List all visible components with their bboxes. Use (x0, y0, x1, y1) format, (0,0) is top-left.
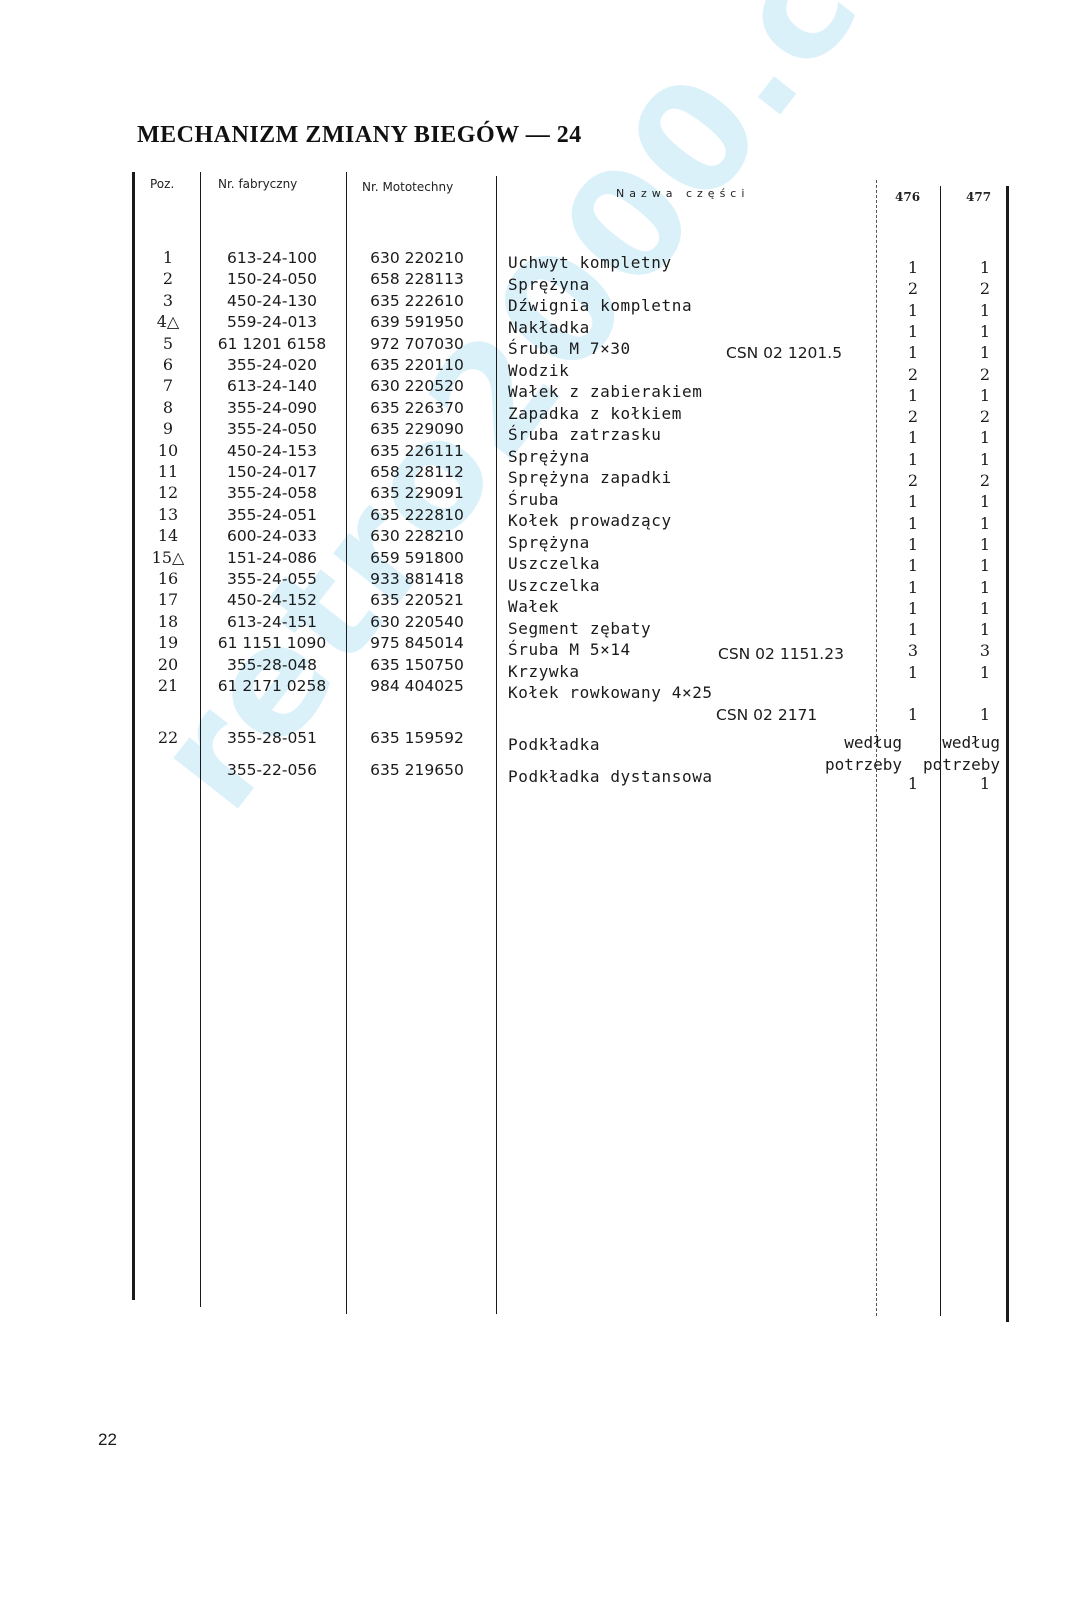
mototechna-number: 635 150750 (362, 655, 472, 675)
standard-number: CSN 02 1151.23 (718, 644, 844, 664)
position-number: 3 (148, 291, 188, 311)
part-name: Śruba M 7×30 (508, 339, 631, 359)
position-number: 19 (148, 633, 188, 653)
position-number: 12 (148, 483, 188, 503)
quantity-476: 1 (898, 492, 928, 512)
mototechna-number: 635 222610 (362, 291, 472, 311)
part-name: Uszczelka (508, 576, 600, 596)
mototechna-number: 659 591800 (362, 548, 472, 568)
position-number: 13 (148, 505, 188, 525)
part-name: Dźwignia kompletna (508, 296, 692, 316)
position-number: 16 (148, 569, 188, 589)
position-number: 20 (148, 655, 188, 675)
quantity-476: 1 (898, 599, 928, 619)
part-name: Śruba zatrzasku (508, 425, 662, 445)
quantity-477: 2 (970, 471, 1000, 491)
quantity-477: 1 (970, 774, 1000, 794)
position-number: 5 (148, 334, 188, 354)
factory-number: 355-22-056 (212, 760, 332, 780)
factory-number: 151-24-086 (212, 548, 332, 568)
mototechna-number: 635 220521 (362, 590, 472, 610)
quantity-476: 2 (898, 471, 928, 491)
mototechna-number: 635 159592 (362, 728, 472, 748)
mototechna-number: 630 220210 (362, 248, 472, 268)
mototechna-number: 639 591950 (362, 312, 472, 332)
position-number: 21 (148, 676, 188, 696)
factory-number: 355-24-020 (212, 355, 332, 375)
quantity-477: 1 (970, 705, 1000, 725)
mototechna-number: 630 220520 (362, 376, 472, 396)
part-name: Sprężyna (508, 533, 590, 553)
position-number: 2 (148, 269, 188, 289)
quantity-476: 1 (898, 578, 928, 598)
part-name: Nakładka (508, 318, 590, 338)
standard-number: CSN 02 2171 (716, 705, 817, 725)
header-poz: Poz. (150, 177, 174, 191)
quantity-477: 2 (970, 279, 1000, 299)
mototechna-number: 972 707030 (362, 334, 472, 354)
position-number: 1 (148, 248, 188, 268)
quantity-477: 1 (970, 578, 1000, 598)
position-number: 14 (148, 526, 188, 546)
part-name: Uszczelka (508, 554, 600, 574)
part-name: Sprężyna (508, 275, 590, 295)
factory-number: 559-24-013 (212, 312, 332, 332)
header-nr-mototechny: Nr. Mototechny (362, 180, 453, 194)
quantity-476: 1 (898, 386, 928, 406)
factory-number: 355-24-051 (212, 505, 332, 525)
quantity-476: 1 (898, 556, 928, 576)
table-left-border (132, 172, 135, 1300)
factory-number: 61 1151 1090 (212, 633, 332, 653)
part-name: Podkładka (508, 735, 600, 755)
factory-number: 355-24-055 (212, 569, 332, 589)
mototechna-number: 635 226111 (362, 441, 472, 461)
quantity-477: 1 (970, 258, 1000, 278)
quantity-476: 3 (898, 641, 928, 661)
quantity-477: 1 (970, 514, 1000, 534)
mototechna-number: 635 222810 (362, 505, 472, 525)
factory-number: 450-24-130 (212, 291, 332, 311)
header-nr-fabryczny: Nr. fabryczny (218, 177, 297, 191)
quantity-477: 1 (970, 343, 1000, 363)
column-divider (496, 176, 497, 1314)
factory-number: 613-24-100 (212, 248, 332, 268)
quantity-476: 1 (898, 535, 928, 555)
part-name: Podkładka dystansowa (508, 767, 713, 787)
part-name: Wałek z zabierakiem (508, 382, 702, 402)
part-name: Kołek prowadzący (508, 511, 672, 531)
position-number: 8 (148, 398, 188, 418)
quantity-476: 1 (898, 663, 928, 683)
part-name: Zapadka z kołkiem (508, 404, 682, 424)
factory-number: 613-24-151 (212, 612, 332, 632)
page-title: MECHANIZM ZMIANY BIEGÓW — 24 (137, 122, 582, 149)
factory-number: 150-24-017 (212, 462, 332, 482)
factory-number: 355-28-048 (212, 655, 332, 675)
column-divider (346, 172, 347, 1314)
quantity-476: 1 (898, 301, 928, 321)
quantity-476: 1 (898, 258, 928, 278)
mototechna-number: 635 220110 (362, 355, 472, 375)
quantity-477: 1 (970, 663, 1000, 683)
factory-number: 613-24-140 (212, 376, 332, 396)
quantity-476: 1 (898, 620, 928, 640)
quantity-477: 1 (970, 599, 1000, 619)
factory-number: 450-24-153 (212, 441, 332, 461)
factory-number: 355-24-058 (212, 483, 332, 503)
factory-number: 355-24-090 (212, 398, 332, 418)
quantity-477: 2 (970, 365, 1000, 385)
column-divider (200, 172, 201, 1307)
part-name: Śruba (508, 490, 559, 510)
mototechna-number: 635 226370 (362, 398, 472, 418)
quantity-476: 1 (898, 514, 928, 534)
quantity-477: 1 (970, 301, 1000, 321)
position-number: 15△ (148, 548, 188, 568)
quantity-477: 1 (970, 556, 1000, 576)
quantity-477: według potrzeby (880, 732, 1000, 776)
quantity-476: 1 (898, 774, 928, 794)
factory-number: 600-24-033 (212, 526, 332, 546)
quantity-477: 1 (970, 450, 1000, 470)
quantity-476: 2 (898, 365, 928, 385)
factory-number: 61 1201 6158 (212, 334, 332, 354)
quantity-477: 1 (970, 386, 1000, 406)
factory-number: 355-28-051 (212, 728, 332, 748)
quantity-476: 1 (898, 343, 928, 363)
quantity-476: 1 (898, 428, 928, 448)
part-name: Segment zębaty (508, 619, 651, 639)
mototechna-number: 658 228113 (362, 269, 472, 289)
position-number: 4△ (148, 312, 188, 332)
quantity-476: 1 (898, 705, 928, 725)
quantity-477: 1 (970, 620, 1000, 640)
standard-number: CSN 02 1201.5 (726, 343, 842, 363)
position-number: 17 (148, 590, 188, 610)
position-number: 7 (148, 376, 188, 396)
position-number: 18 (148, 612, 188, 632)
position-number: 9 (148, 419, 188, 439)
quantity-476: 1 (898, 450, 928, 470)
mototechna-number: 635 219650 (362, 760, 472, 780)
mototechna-number: 630 228210 (362, 526, 472, 546)
quantity-476: 2 (898, 279, 928, 299)
factory-number: 150-24-050 (212, 269, 332, 289)
mototechna-number: 635 229090 (362, 419, 472, 439)
header-model-476: 476 (895, 190, 920, 204)
header-nazwa-czesci: Nazwa części (616, 187, 749, 200)
part-name: Krzywka (508, 662, 580, 682)
part-name: Sprężyna (508, 447, 590, 467)
position-number: 6 (148, 355, 188, 375)
quantity-477: 1 (970, 428, 1000, 448)
part-name: Wałek (508, 597, 559, 617)
quantity-477: 2 (970, 407, 1000, 427)
header-model-477: 477 (966, 190, 991, 204)
part-name: Śruba M 5×14 (508, 640, 631, 660)
mototechna-number: 933 881418 (362, 569, 472, 589)
part-name: Uchwyt kompletny (508, 253, 672, 273)
position-number: 22 (148, 728, 188, 748)
table-right-border (1006, 186, 1009, 1322)
quantity-476: 2 (898, 407, 928, 427)
mototechna-number: 658 228112 (362, 462, 472, 482)
page-number: 22 (98, 1430, 117, 1450)
quantity-477: 1 (970, 322, 1000, 342)
part-name: Sprężyna zapadki (508, 468, 672, 488)
position-number: 10 (148, 441, 188, 461)
mototechna-number: 630 220540 (362, 612, 472, 632)
mototechna-number: 975 845014 (362, 633, 472, 653)
part-name: Wodzik (508, 361, 569, 381)
quantity-477: 3 (970, 641, 1000, 661)
mototechna-number: 984 404025 (362, 676, 472, 696)
part-name: Kołek rowkowany 4×25 (508, 683, 713, 703)
quantity-477: 1 (970, 535, 1000, 555)
quantity-477: 1 (970, 492, 1000, 512)
quantity-476: 1 (898, 322, 928, 342)
factory-number: 61 2171 0258 (212, 676, 332, 696)
position-number: 11 (148, 462, 188, 482)
mototechna-number: 635 229091 (362, 483, 472, 503)
factory-number: 450-24-152 (212, 590, 332, 610)
factory-number: 355-24-050 (212, 419, 332, 439)
